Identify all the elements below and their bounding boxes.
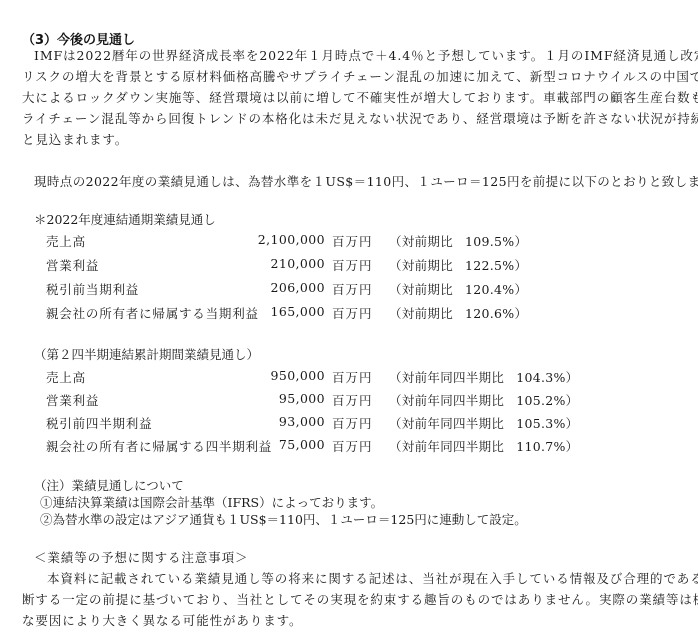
row-unit: 百万円 <box>332 437 373 455</box>
full-year-row-net-profit: 親会社の所有者に帰属する当期利益 165,000 百万円 （対前期比120.6%… <box>0 304 698 326</box>
notes-title: （注）業績見通しについて <box>34 477 527 494</box>
note-item: ①連結決算業績は国際会計基準（IFRS）によっております。 <box>34 494 527 511</box>
paragraph-line: と見込まれます。 <box>22 129 694 150</box>
row-value: 206,000 <box>271 280 326 295</box>
ratio-value: 105.2%） <box>516 393 578 408</box>
row-ratio: （対前期比122.5%） <box>389 256 527 274</box>
row-ratio: （対前期比120.4%） <box>389 280 527 298</box>
full-year-row-pretax-profit: 税引前当期利益 206,000 百万円 （対前期比120.4%） <box>0 280 698 302</box>
forward-looking-caution: ＜業績等の予想に関する注意事項＞ 本資料に記載されている業績見通し等の将来に関す… <box>22 547 698 631</box>
forecast-notes: （注）業績見通しについて ①連結決算業績は国際会計基準（IFRS）によっておりま… <box>34 477 527 528</box>
ratio-value: 105.3%） <box>516 416 578 431</box>
row-ratio: （対前期比109.5%） <box>389 232 527 250</box>
ratio-label: （対前年同四半期比 <box>389 370 504 385</box>
ratio-label: （対前年同四半期比 <box>389 416 504 431</box>
row-ratio: （対前期比120.6%） <box>389 304 527 322</box>
full-year-row-revenue: 売上高 2,100,000 百万円 （対前期比109.5%） <box>0 232 698 254</box>
q2-row-net-profit: 親会社の所有者に帰属する四半期利益 75,000 百万円 （対前年同四半期比11… <box>0 437 698 459</box>
row-value: 75,000 <box>279 437 325 452</box>
ratio-value: 120.6%） <box>465 306 527 321</box>
paragraph-line: IMFは2022暦年の世界経済成長率を2022年１月時点で＋4.4％と予想してい… <box>22 45 694 66</box>
caution-title: ＜業績等の予想に関する注意事項＞ <box>22 547 698 568</box>
caution-line: 断する一定の前提に基づいており、当社としてその実現を約束する趣旨のものではありま… <box>22 589 698 610</box>
q2-row-pretax-profit: 税引前四半期利益 93,000 百万円 （対前年同四半期比105.3%） <box>0 414 698 436</box>
ratio-value: 104.3%） <box>516 370 578 385</box>
row-label: 営業利益 <box>46 391 99 409</box>
caution-line: 本資料に記載されている業績見通し等の将来に関する記述は、当社が現在入手している情… <box>22 568 698 589</box>
row-ratio: （対前年同四半期比104.3%） <box>389 368 578 386</box>
note-item: ②為替水準の設定はアジア通貨も１US$＝110円、１ユーロ＝125円に連動して設… <box>34 511 527 528</box>
row-unit: 百万円 <box>332 280 373 298</box>
ratio-value: 122.5%） <box>465 258 527 273</box>
full-year-row-operating-profit: 営業利益 210,000 百万円 （対前期比122.5%） <box>0 256 698 278</box>
row-label: 親会社の所有者に帰属する当期利益 <box>46 304 259 322</box>
row-label: 営業利益 <box>46 256 99 274</box>
row-ratio: （対前年同四半期比105.2%） <box>389 391 578 409</box>
row-value: 93,000 <box>279 414 325 429</box>
row-unit: 百万円 <box>332 414 373 432</box>
ratio-label: （対前期比 <box>389 258 453 273</box>
forecast-basis-text: 現時点の2022年度の業績見通しは、為替水準を１US$＝110円、１ユーロ＝12… <box>34 171 698 192</box>
row-unit: 百万円 <box>332 232 373 250</box>
row-unit: 百万円 <box>332 391 373 409</box>
row-value: 950,000 <box>271 368 326 383</box>
row-unit: 百万円 <box>332 368 373 386</box>
row-unit: 百万円 <box>332 256 373 274</box>
row-label: 親会社の所有者に帰属する四半期利益 <box>46 437 272 455</box>
forecast-basis: 現時点の2022年度の業績見通しは、為替水準を１US$＝110円、１ユーロ＝12… <box>34 171 698 192</box>
row-value: 210,000 <box>271 256 326 271</box>
ratio-value: 120.4%） <box>465 282 527 297</box>
row-ratio: （対前年同四半期比110.7%） <box>389 437 578 455</box>
q2-row-revenue: 売上高 950,000 百万円 （対前年同四半期比104.3%） <box>0 368 698 390</box>
paragraph-line: ライチェーン混乱等から回復トレンドの本格化は未だ見えない状況であり、経営環境は予… <box>22 108 694 129</box>
ratio-label: （対前期比 <box>389 306 453 321</box>
outlook-paragraph: IMFは2022暦年の世界経済成長率を2022年１月時点で＋4.4％と予想してい… <box>22 45 694 150</box>
row-value: 2,100,000 <box>258 232 325 247</box>
row-value: 95,000 <box>279 391 325 406</box>
ratio-label: （対前期比 <box>389 234 453 249</box>
paragraph-line: リスクの増大を背景とする原材料価格高騰やサプライチェーン混乱の加速に加えて、新型… <box>22 66 694 87</box>
ratio-label: （対前期比 <box>389 282 453 297</box>
row-label: 税引前四半期利益 <box>46 414 152 432</box>
row-label: 売上高 <box>46 368 86 386</box>
second-quarter-forecast-title: （第２四半期連結累計期間業績見通し） <box>34 345 259 363</box>
ratio-label: （対前年同四半期比 <box>389 393 504 408</box>
row-ratio: （対前年同四半期比105.3%） <box>389 414 578 432</box>
row-label: 税引前当期利益 <box>46 280 139 298</box>
caution-line: な要因により大きく異なる可能性があります。 <box>22 610 698 631</box>
ratio-value: 110.7%） <box>516 439 578 454</box>
paragraph-line: 大によるロックダウン実施等、経営環境は以前に増して不確実性が増大しております。車… <box>22 87 694 108</box>
q2-row-operating-profit: 営業利益 95,000 百万円 （対前年同四半期比105.2%） <box>0 391 698 413</box>
ratio-value: 109.5%） <box>465 234 527 249</box>
row-unit: 百万円 <box>332 304 373 322</box>
row-label: 売上高 <box>46 232 86 250</box>
full-year-forecast-title: ＊2022年度連結通期業績見通し <box>34 210 216 228</box>
row-value: 165,000 <box>271 304 326 319</box>
ratio-label: （対前年同四半期比 <box>389 439 504 454</box>
